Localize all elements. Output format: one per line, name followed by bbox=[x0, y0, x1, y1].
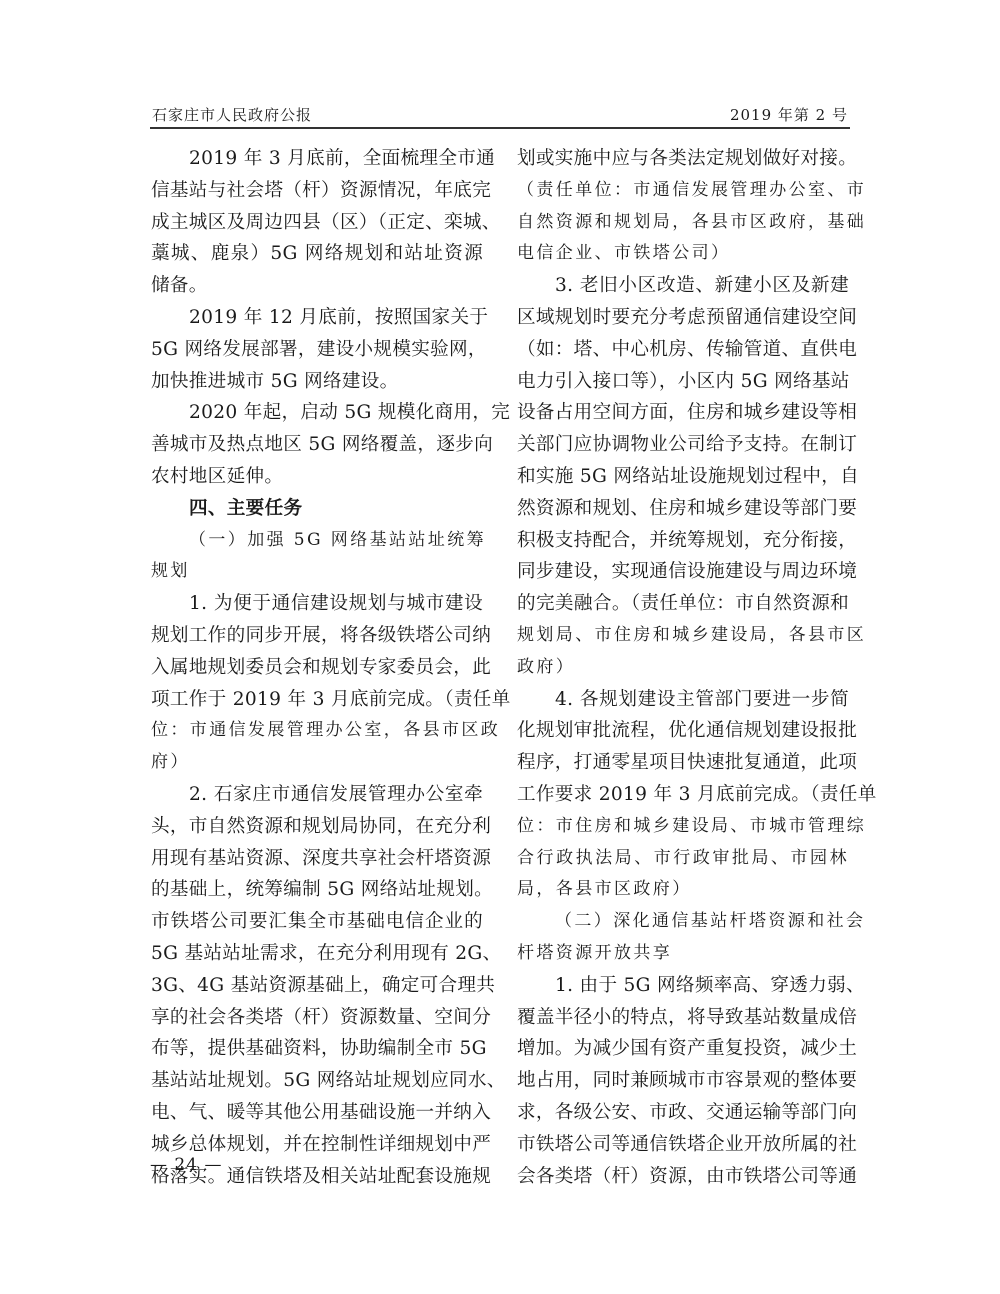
right-column: 划或实施中应与各类法定规划做好对接。（责任单位：市通信发展管理办公室、市自然资源… bbox=[517, 143, 849, 1192]
text-line: 善城市及热点地区 5G 网络覆盖，逐步向 bbox=[151, 429, 483, 461]
text-line: 杆塔资源开放共享 bbox=[517, 938, 849, 970]
text-line: 规划局、市住房和城乡建设局，各县市区 bbox=[517, 620, 849, 652]
text-line: 享的社会各类塔（杆）资源数量、空间分 bbox=[151, 1002, 483, 1034]
text-line: 3G、4G 基站资源基础上，确定可合理共 bbox=[151, 970, 483, 1002]
text-line: 5G 网络发展部署，建设小规模实验网， bbox=[151, 334, 483, 366]
publication-title: 石家庄市人民政府公报 bbox=[152, 104, 312, 125]
text-line: 府） bbox=[151, 747, 483, 779]
text-line: 区域规划时要充分考虑预留通信建设空间 bbox=[517, 302, 849, 334]
text-line: 布等，提供基础资料，协助编制全市 5G bbox=[151, 1033, 483, 1065]
text-line: 化规划审批流程，优化通信规划建设报批 bbox=[517, 715, 849, 747]
text-line: 加快推进城市 5G 网络建设。 bbox=[151, 366, 483, 398]
text-line: 2019 年 3 月底前，全面梳理全市通 bbox=[151, 143, 483, 175]
text-line: （责任单位：市通信发展管理办公室、市 bbox=[517, 175, 849, 207]
text-line: 程序，打通零星项目快速批复通道，此项 bbox=[517, 747, 849, 779]
text-line: 位：市通信发展管理办公室，各县市区政 bbox=[151, 715, 483, 747]
text-line: 藁城、鹿泉）5G 网络规划和站址资源 bbox=[151, 238, 483, 270]
text-line: 2020 年起，启动 5G 规模化商用，完 bbox=[151, 397, 483, 429]
text-line: 成主城区及周边四县（区）（正定、栾城、 bbox=[151, 207, 483, 239]
left-column: 2019 年 3 月底前，全面梳理全市通信基站与社会塔（杆）资源情况，年底完成主… bbox=[151, 143, 483, 1192]
text-line: 项工作于 2019 年 3 月底前完成。（责任单 bbox=[151, 684, 483, 716]
text-line: （二）深化通信基站杆塔资源和社会 bbox=[517, 906, 849, 938]
section-heading: 四、主要任务 bbox=[151, 493, 483, 525]
text-line: 的基础上，统筹编制 5G 网络站址规划。 bbox=[151, 874, 483, 906]
text-line: 位：市住房和城乡建设局、市城市管理综 bbox=[517, 811, 849, 843]
text-line: 工作要求 2019 年 3 月底前完成。（责任单 bbox=[517, 779, 849, 811]
text-line: 入属地规划委员会和规划专家委员会，此 bbox=[151, 652, 483, 684]
text-line: 市铁塔公司要汇集全市基础电信企业的 bbox=[151, 906, 483, 938]
text-line: 1. 由于 5G 网络频率高、穿透力弱、 bbox=[517, 970, 849, 1002]
text-line: 和实施 5G 网络站址设施规划过程中，自 bbox=[517, 461, 849, 493]
text-line: 关部门应协调物业公司给予支持。在制订 bbox=[517, 429, 849, 461]
text-line: 同步建设，实现通信设施建设与周边环境 bbox=[517, 556, 849, 588]
text-line: 1. 为便于通信建设规划与城市建设 bbox=[151, 588, 483, 620]
text-line: 基站站址规划。5G 网络站址规划应同水、 bbox=[151, 1065, 483, 1097]
text-line: 规划工作的同步开展，将各级铁塔公司纳 bbox=[151, 620, 483, 652]
text-line: 划或实施中应与各类法定规划做好对接。 bbox=[517, 143, 849, 175]
text-line: 覆盖半径小的特点，将导致基站数量成倍 bbox=[517, 1002, 849, 1034]
text-line: 求，各级公安、市政、交通运输等部门向 bbox=[517, 1097, 849, 1129]
text-line: 自然资源和规划局，各县市区政府，基础 bbox=[517, 207, 849, 239]
text-line: 4. 各规划建设主管部门要进一步简 bbox=[517, 684, 849, 716]
text-line: （一）加强 5G 网络基站站址统筹 bbox=[151, 525, 483, 557]
text-line: 的完美融合。（责任单位：市自然资源和 bbox=[517, 588, 849, 620]
text-line: 规划 bbox=[151, 556, 483, 588]
text-line: 地占用，同时兼顾城市市容景观的整体要 bbox=[517, 1065, 849, 1097]
text-line: 电、气、暖等其他公用基础设施一并纳入 bbox=[151, 1097, 483, 1129]
text-line: 合行政执法局、市行政审批局、市园林 bbox=[517, 843, 849, 875]
text-line: 信基站与社会塔（杆）资源情况，年底完 bbox=[151, 175, 483, 207]
text-line: 积极支持配合，并统筹规划，充分衔接， bbox=[517, 525, 849, 557]
text-line: 5G 基站站址需求，在充分利用现有 2G、 bbox=[151, 938, 483, 970]
text-line: 增加。为减少国有资产重复投资，减少土 bbox=[517, 1033, 849, 1065]
page-header: 石家庄市人民政府公报 2019 年第 2 号 bbox=[150, 104, 850, 126]
text-line: 2. 石家庄市通信发展管理办公室牵 bbox=[151, 779, 483, 811]
page-number: — 24 — bbox=[150, 1155, 222, 1175]
text-line: 3. 老旧小区改造、新建小区及新建 bbox=[517, 270, 849, 302]
text-line: 头，市自然资源和规划局协同，在充分利 bbox=[151, 811, 483, 843]
text-line: 然资源和规划、住房和城乡建设等部门要 bbox=[517, 493, 849, 525]
text-line: 设备占用空间方面，住房和城乡建设等相 bbox=[517, 397, 849, 429]
text-line: 储备。 bbox=[151, 270, 483, 302]
issue-number: 2019 年第 2 号 bbox=[730, 104, 848, 125]
text-line: 电信企业、市铁塔公司） bbox=[517, 238, 849, 270]
text-line: 会各类塔（杆）资源，由市铁塔公司等通 bbox=[517, 1161, 849, 1193]
text-line: 农村地区延伸。 bbox=[151, 461, 483, 493]
text-line: 政府） bbox=[517, 652, 849, 684]
header-divider bbox=[150, 127, 850, 129]
text-line: 用现有基站资源、深度共享社会杆塔资源 bbox=[151, 843, 483, 875]
text-line: （如：塔、中心机房、传输管道、直供电 bbox=[517, 334, 849, 366]
text-line: 局，各县市区政府） bbox=[517, 874, 849, 906]
text-line: 电力引入接口等），小区内 5G 网络基站 bbox=[517, 366, 849, 398]
text-line: 2019 年 12 月底前，按照国家关于 bbox=[151, 302, 483, 334]
text-line: 市铁塔公司等通信铁塔企业开放所属的社 bbox=[517, 1129, 849, 1161]
